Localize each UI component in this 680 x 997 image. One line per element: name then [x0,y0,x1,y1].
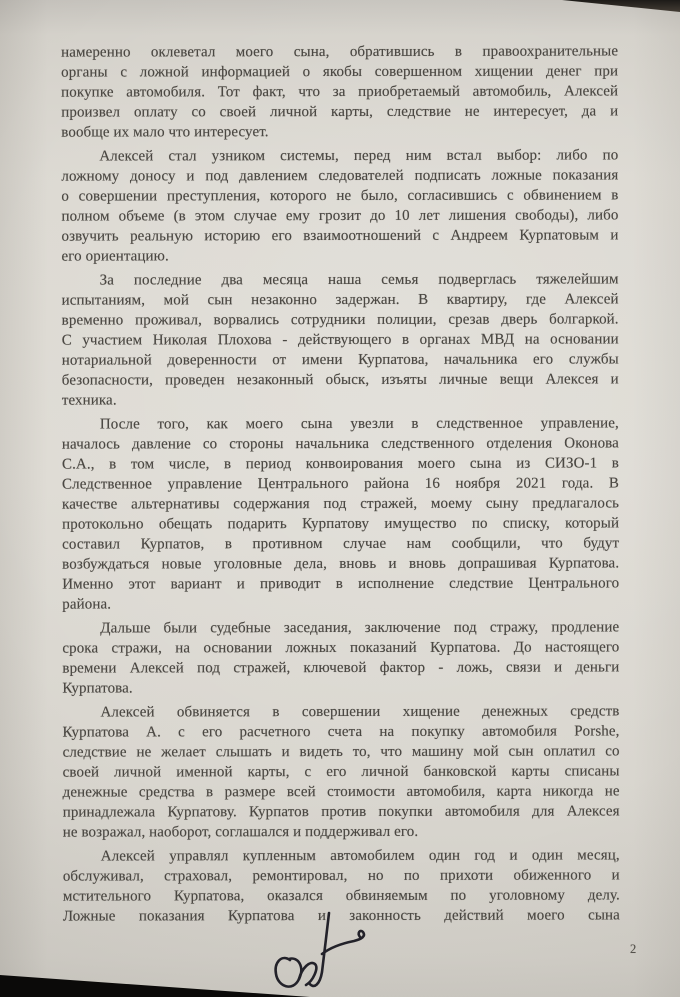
paragraph-4: После того, как моего сына увезли в след… [62,413,619,614]
scanned-letter-page: намеренно оклеветал моего сына, обративш… [0,0,680,997]
paragraph-last-line: не возражал, наоборот, соглашался и подд… [63,821,620,842]
letter-text-block: намеренно оклеветал моего сына, обративш… [61,41,620,930]
paragraph-body: Алексей стал узником системы, перед ним … [61,145,618,246]
paragraph-last-line: его ориентацию. [61,245,618,266]
paragraph-3: За последние два месяца наша семья подве… [62,269,619,410]
paragraph-body: намеренно оклеветал моего сына, обративш… [61,41,618,122]
handwritten-signature-icon [266,908,384,996]
paragraph-body: Дальше были судебные заседания, заключен… [62,617,619,678]
paragraph-body: Алексей обвиняется в совершении хищение … [62,701,619,822]
paragraph-body: После того, как моего сына увезли в след… [62,413,619,594]
page-number: 2 [630,942,636,957]
paragraph-last-line: техника. [62,389,619,410]
paragraph-last-line: вообще их мало что интересует. [61,121,618,142]
photo-background-corner-top-right [562,0,680,12]
paragraph-5: Дальше были судебные заседания, заключен… [62,617,619,698]
paragraph-body: За последние два месяца наша семья подве… [62,269,619,390]
photo-background-corner-bottom-left [0,975,310,997]
paragraph-1: намеренно оклеветал моего сына, обративш… [61,41,618,142]
paragraph-last-line: района. [62,593,619,614]
paragraph-2: Алексей стал узником системы, перед ним … [61,145,618,266]
paragraph-6: Алексей обвиняется в совершении хищение … [62,701,619,842]
paragraph-last-line: Курпатова. [62,677,619,698]
